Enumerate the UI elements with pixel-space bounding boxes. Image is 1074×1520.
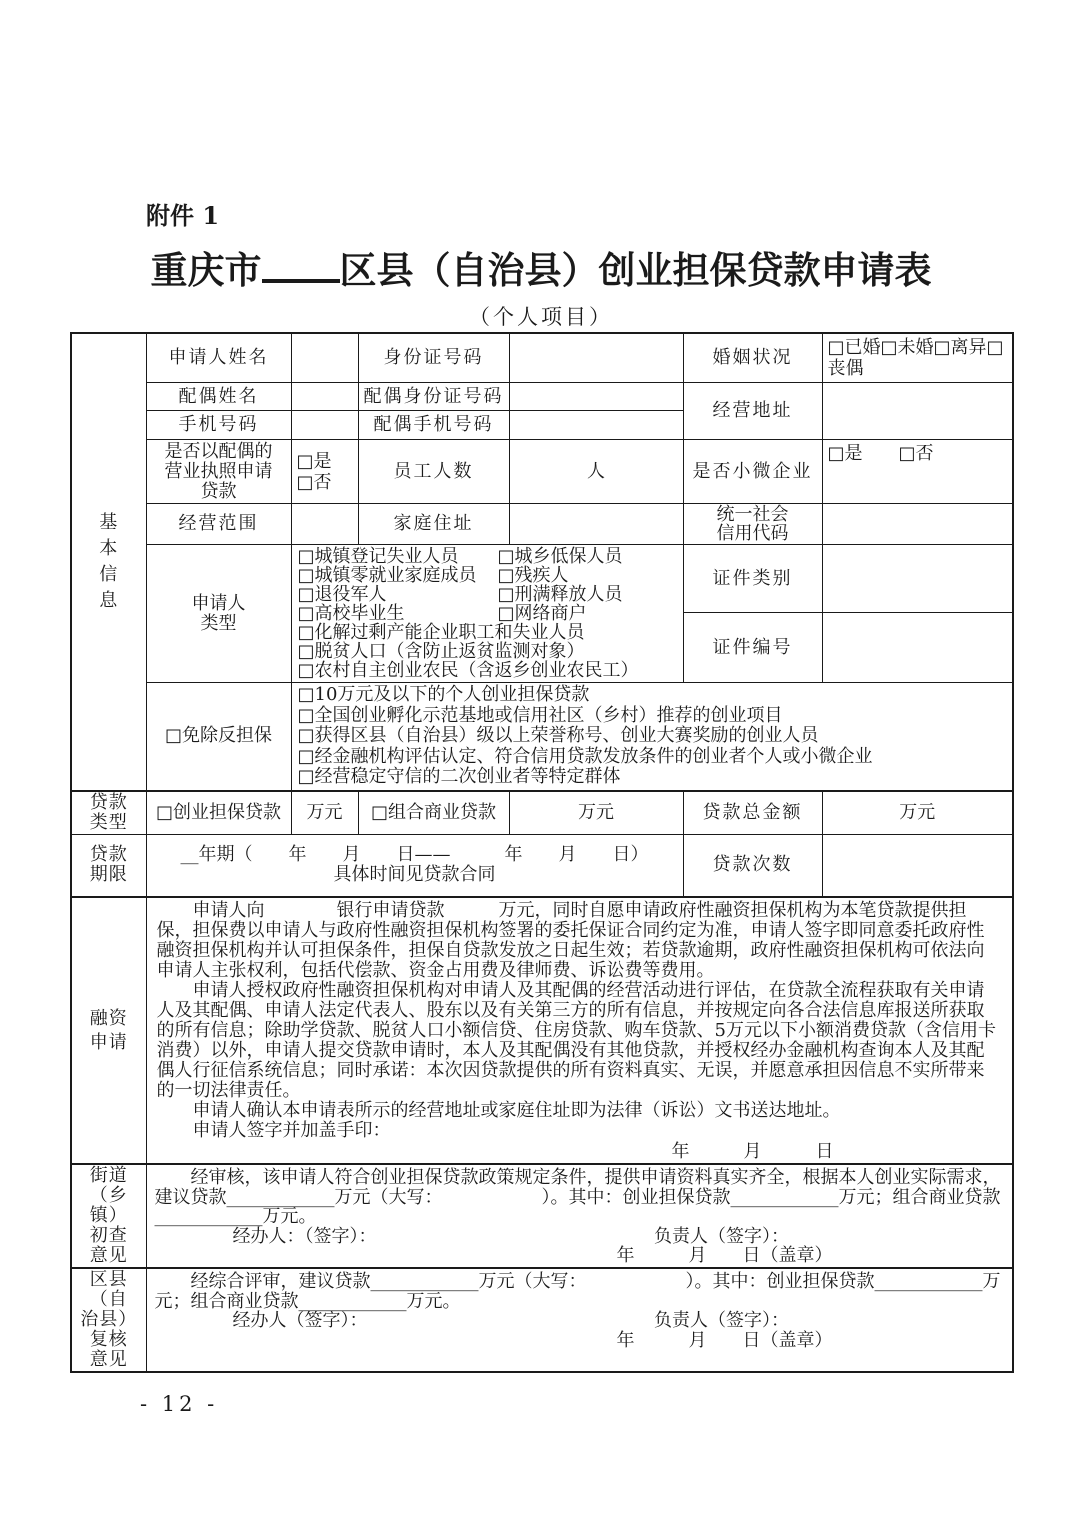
- field-business-scope: [291, 504, 358, 545]
- counter-guarantee-checkbox: □免除反担保: [146, 683, 291, 791]
- marital-status-checkboxes: □已婚□未婚□离异□丧偶: [822, 333, 1013, 383]
- applicant-type-option: □城镇零就业家庭成员: [298, 566, 498, 585]
- applicant-type-checkbox-list: □城镇登记失业人员 □城乡低保人员 □城镇零就业家庭成员 □残疾人 □退役军人 …: [291, 545, 683, 683]
- field-home-address: [509, 504, 683, 545]
- applicant-type-grid: □城镇登记失业人员 □城乡低保人员 □城镇零就业家庭成员 □残疾人 □退役军人 …: [298, 547, 677, 680]
- applicant-type-option: □网络商户: [498, 604, 677, 623]
- title-prefix: 重庆市: [151, 248, 262, 292]
- label-business-address: 经营地址: [683, 383, 822, 440]
- financing-paragraph-1: 申请人向 银行申请贷款 万元，同时自愿申请政府性融资担保机构为本笔贷款提供担保，…: [157, 901, 1003, 981]
- county-review-signatures: 经办人（签字）： 负责人（签字）：: [155, 1311, 1005, 1331]
- row-applicant-name: 基 本 信 息 申请人姓名 身份证号码 婚姻状况 □已婚□未婚□离异□丧偶: [71, 333, 1013, 383]
- applicant-type-option: □化解过剩产能企业职工和失业人员: [298, 623, 677, 642]
- field-business-address: [822, 383, 1013, 440]
- field-credit-code: [822, 504, 1013, 545]
- loan-guarantee-unit: 万元: [291, 791, 358, 835]
- field-mobile: [291, 411, 358, 440]
- document-page: 附件 1 重庆市区县（自治县）创业担保贷款申请表 （个人项目） 基 本 信 息 …: [0, 0, 1074, 1520]
- street-manager-signature-label: 负责人（签字）：: [654, 1227, 789, 1247]
- section-financing: 融资 申请: [71, 897, 146, 1164]
- applicant-type-option: □残疾人: [498, 566, 677, 585]
- application-form-table: 基 本 信 息 申请人姓名 身份证号码 婚姻状况 □已婚□未婚□离异□丧偶 配偶…: [70, 332, 1014, 1373]
- counter-guarantee-checkbox-list: □10万元及以下的个人创业担保贷款 □全国创业孵化示范基地或信用社区（乡村）推荐…: [291, 683, 1013, 791]
- section-street-review: 街道 （乡 镇） 初查 意见: [71, 1164, 146, 1268]
- applicant-type-option: □脱贫人口（含防止返贫监测对象）: [298, 642, 677, 661]
- page-title: 重庆市区县（自治县）创业担保贷款申请表: [66, 240, 1016, 294]
- loan-type-option-guarantee: □创业担保贷款: [146, 791, 291, 835]
- label-loan-total: 贷款总金额: [683, 791, 822, 835]
- row-spouse-name: 配偶姓名 配偶身份证号码 经营地址: [71, 383, 1013, 411]
- section-basic-info: 基 本 信 息: [71, 333, 146, 791]
- loan-total-unit: 万元: [822, 791, 1013, 835]
- label-cert-number: 证件编号: [683, 613, 822, 683]
- financing-paragraph-2: 申请人授权政府性融资担保机构对申请人及其配偶的经营活动进行评估，在贷款全流程获取…: [157, 981, 1003, 1101]
- label-applicant-type: 申请人 类型: [146, 545, 291, 683]
- county-review-body: 经综合评审，建议贷款____________万元（大写： ）。其中：创业担保贷款…: [155, 1272, 1005, 1311]
- label-credit-code: 统一社会 信用代码: [683, 504, 822, 545]
- page-number: - 12 -: [140, 1392, 218, 1416]
- street-review-body: 经审核，该申请人符合创业担保贷款政策规定条件，提供申请资料真实齐全，根据本人创业…: [155, 1168, 1005, 1227]
- label-applicant-name: 申请人姓名: [146, 333, 291, 383]
- counter-guarantee-option: □10万元及以下的个人创业担保贷款: [298, 685, 1007, 706]
- row-applicant-type: 申请人 类型 □城镇登记失业人员 □城乡低保人员 □城镇零就业家庭成员 □残疾人…: [71, 545, 1013, 613]
- county-review-date-line: 年 月 日（盖章）: [617, 1331, 1005, 1351]
- row-financing: 融资 申请 申请人向 银行申请贷款 万元，同时自愿申请政府性融资担保机构为本笔贷…: [71, 897, 1013, 1164]
- loan-commercial-unit: 万元: [509, 791, 683, 835]
- applicant-type-option: □城镇登记失业人员: [298, 547, 498, 566]
- label-loan-times: 贷款次数: [683, 834, 822, 897]
- row-counter-guarantee: □免除反担保 □10万元及以下的个人创业担保贷款 □全国创业孵化示范基地或信用社…: [71, 683, 1013, 791]
- micro-enterprise-checkboxes: □是 □否: [822, 440, 1013, 504]
- loan-term-note: 具体时间见贷款合同: [150, 865, 680, 885]
- field-cert-type: [822, 545, 1013, 613]
- financing-date-line: 年 月 日: [672, 1141, 1003, 1163]
- counter-guarantee-option: □获得区县（自治县）级以上荣誉称号、创业大赛奖励的创业人员: [298, 726, 1007, 747]
- label-employee-count: 员工人数: [358, 440, 509, 504]
- county-review-content: 经综合评审，建议贷款____________万元（大写： ）。其中：创业担保贷款…: [146, 1268, 1013, 1372]
- applicant-type-option: □刑满释放人员: [498, 585, 677, 604]
- street-review-content: 经审核，该申请人符合创业担保贷款政策规定条件，提供申请资料真实齐全，根据本人创业…: [146, 1164, 1013, 1268]
- employee-count-unit: 人: [509, 440, 683, 504]
- field-spouse-mobile: [509, 411, 683, 440]
- title-blank-underline: [262, 246, 340, 283]
- spouse-license-checkboxes: □是 □否: [291, 440, 358, 504]
- label-micro-enterprise: 是否小微企业: [683, 440, 822, 504]
- attachment-label: 附件 1: [146, 196, 219, 231]
- field-spouse-id: [509, 383, 683, 411]
- field-loan-times: [822, 834, 1013, 897]
- applicant-type-option: □农村自主创业农民（含返乡创业农民工）: [298, 661, 677, 680]
- field-applicant-name: [291, 333, 358, 383]
- section-loan-term: 贷款 期限: [71, 834, 146, 897]
- street-review-date-line: 年 月 日（盖章）: [617, 1246, 1005, 1266]
- label-spouse-name: 配偶姓名: [146, 383, 291, 411]
- loan-term-range: __年期（ 年 月 日—— 年 月 日）: [150, 845, 680, 865]
- section-loan-type: 贷款 类型: [71, 791, 146, 835]
- label-id-number: 身份证号码: [358, 333, 509, 383]
- label-spouse-id: 配偶身份证号码: [358, 383, 509, 411]
- row-street-review: 街道 （乡 镇） 初查 意见 经审核，该申请人符合创业担保贷款政策规定条件，提供…: [71, 1164, 1013, 1268]
- field-cert-number: [822, 613, 1013, 683]
- loan-type-option-commercial: □组合商业贷款: [358, 791, 509, 835]
- counter-guarantee-option: □经营稳定守信的二次创业者等特定群体: [298, 767, 1007, 788]
- applicant-type-option: □高校毕业生: [298, 604, 498, 623]
- label-spouse-mobile: 配偶手机号码: [358, 411, 509, 440]
- financing-signature-label: 申请人签字并加盖手印：: [157, 1121, 1003, 1141]
- counter-guarantee-option: □经金融机构评估认定、符合信用贷款发放条件的创业者个人或小微企业: [298, 747, 1007, 768]
- label-spouse-license-question: 是否以配偶的 营业执照申请 贷款: [146, 440, 291, 504]
- label-mobile: 手机号码: [146, 411, 291, 440]
- financing-paragraph-3: 申请人确认本申请表所示的经营地址或家庭住址即为法律（诉讼）文书送达地址。: [157, 1101, 1003, 1121]
- county-manager-signature-label: 负责人（签字）：: [654, 1311, 789, 1331]
- row-spouse-license: 是否以配偶的 营业执照申请 贷款 □是 □否 员工人数 人 是否小微企业 □是 …: [71, 440, 1013, 504]
- loan-term-value: __年期（ 年 月 日—— 年 月 日） 具体时间见贷款合同: [146, 834, 683, 897]
- row-loan-type: 贷款 类型 □创业担保贷款 万元 □组合商业贷款 万元 贷款总金额 万元: [71, 791, 1013, 835]
- section-county-review: 区县 （自 治县） 复核 意见: [71, 1268, 146, 1372]
- applicant-type-option: □城乡低保人员: [498, 547, 677, 566]
- financing-statement: 申请人向 银行申请贷款 万元，同时自愿申请政府性融资担保机构为本笔贷款提供担保，…: [146, 897, 1013, 1164]
- applicant-type-option: □退役军人: [298, 585, 498, 604]
- label-marital-status: 婚姻状况: [683, 333, 822, 383]
- title-suffix: 区县（自治县）创业担保贷款申请表: [340, 248, 932, 292]
- counter-guarantee-option: □全国创业孵化示范基地或信用社区（乡村）推荐的创业项目: [298, 706, 1007, 727]
- row-business-scope: 经营范围 家庭住址 统一社会 信用代码: [71, 504, 1013, 545]
- field-spouse-name: [291, 383, 358, 411]
- field-id-number: [509, 333, 683, 383]
- street-handler-signature-label: 经办人：（签字）：: [233, 1227, 377, 1247]
- row-county-review: 区县 （自 治县） 复核 意见 经综合评审，建议贷款____________万元…: [71, 1268, 1013, 1372]
- county-handler-signature-label: 经办人（签字）：: [233, 1311, 368, 1331]
- street-review-signatures: 经办人：（签字）： 负责人（签字）：: [155, 1227, 1005, 1247]
- label-cert-type: 证件类别: [683, 545, 822, 613]
- subtitle: （个人项目）: [70, 301, 1012, 331]
- label-home-address: 家庭住址: [358, 504, 509, 545]
- row-loan-term: 贷款 期限 __年期（ 年 月 日—— 年 月 日） 具体时间见贷款合同 贷款次…: [71, 834, 1013, 897]
- label-business-scope: 经营范围: [146, 504, 291, 545]
